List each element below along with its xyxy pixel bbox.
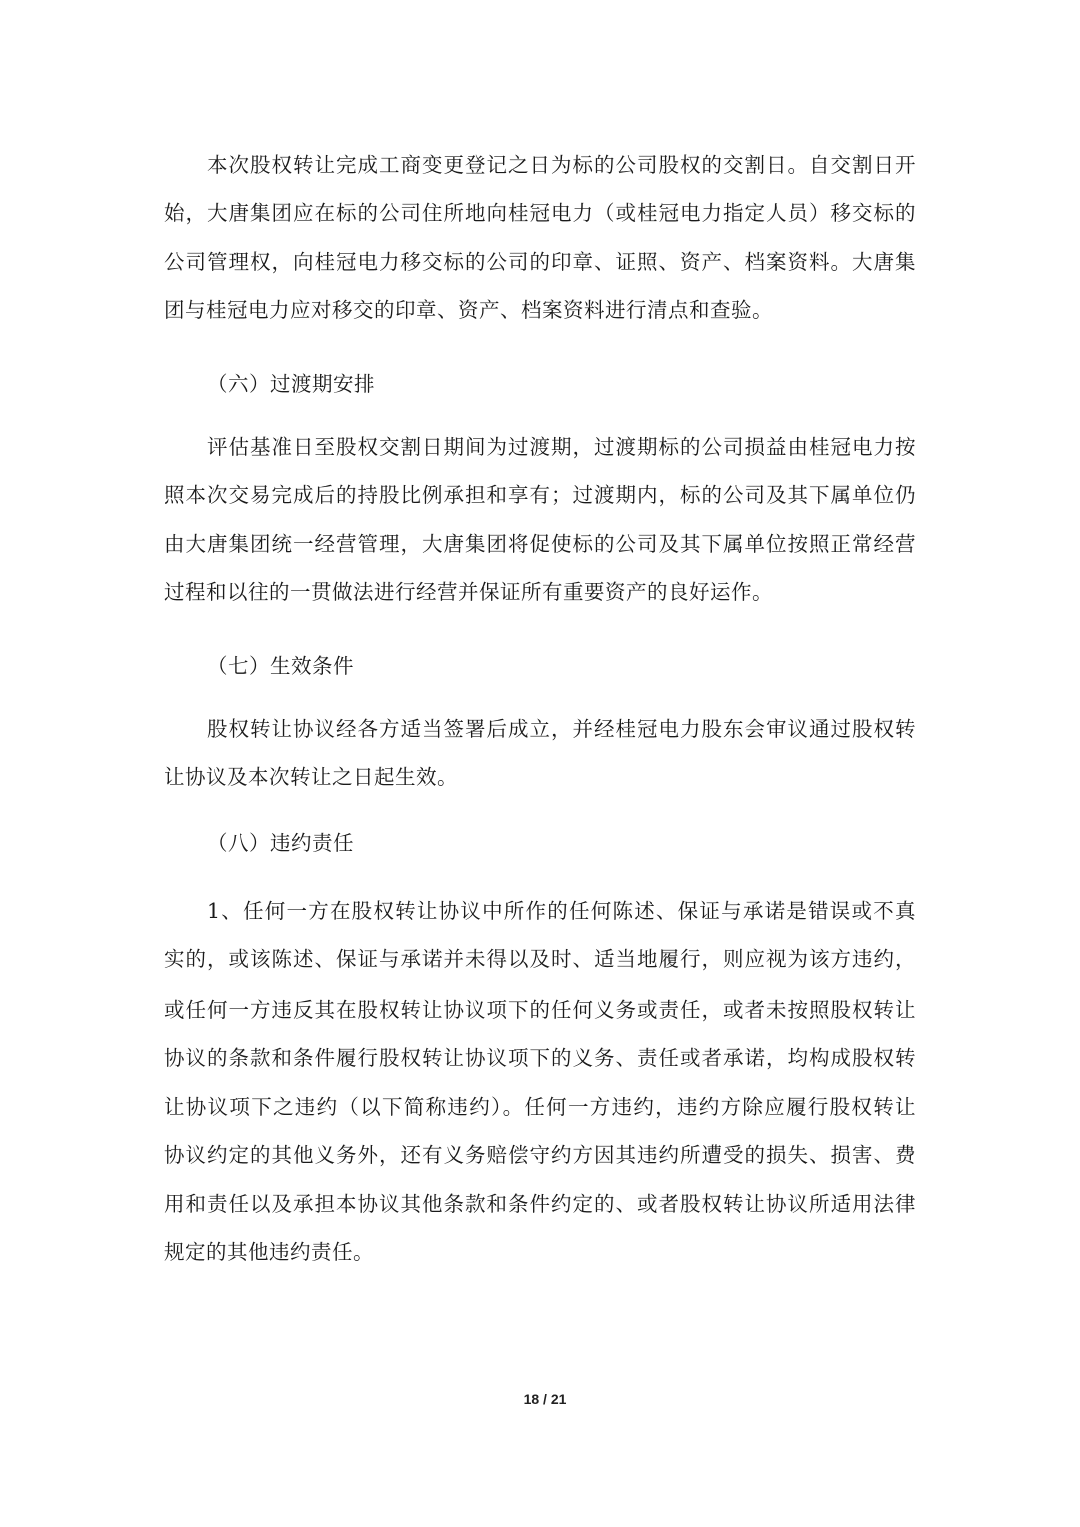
paragraph-line: 让协议项下之违约（以下简称违约）。任何一方违约，违约方除应履行股权转让: [164, 1092, 916, 1122]
paragraph-line: 评估基准日至股权交割日期间为过渡期，过渡期标的公司损益由桂冠电力按: [207, 432, 916, 462]
paragraph-line: 过程和以往的一贯做法进行经营并保证所有重要资产的良好运作。: [164, 577, 916, 607]
paragraph-line: 本次股权转让完成工商变更登记之日为标的公司股权的交割日。自交割日开: [207, 150, 916, 180]
paragraph-line: 公司管理权，向桂冠电力移交标的公司的印章、证照、资产、档案资料。大唐集: [164, 247, 916, 277]
section-heading-effective-conditions: （七）生效条件: [207, 651, 354, 681]
paragraph-line: 或任何一方违反其在股权转让协议项下的任何义务或责任，或者未按照股权转让: [164, 995, 916, 1025]
paragraph-line: 由大唐集团统一经营管理，大唐集团将促使标的公司及其下属单位按照正常经营: [164, 529, 916, 559]
paragraph-line: 用和责任以及承担本协议其他条款和条件约定的、或者股权转让协议所适用法律: [164, 1189, 916, 1219]
paragraph-line: 团与桂冠电力应对移交的印章、资产、档案资料进行清点和查验。: [164, 295, 916, 325]
paragraph-line: 规定的其他违约责任。: [164, 1237, 916, 1267]
paragraph-line: 协议约定的其他义务外，还有义务赔偿守约方因其违约所遭受的损失、损害、费: [164, 1140, 916, 1170]
paragraph-line: 始，大唐集团应在标的公司住所地向桂冠电力（或桂冠电力指定人员）移交标的: [164, 198, 916, 228]
page-number: 18 / 21: [0, 1391, 1080, 1407]
paragraph-line: 照本次交易完成后的持股比例承担和享有；过渡期内，标的公司及其下属单位仍: [164, 480, 916, 510]
section-heading-liability-for-breach: （八）违约责任: [207, 828, 354, 858]
paragraph-line: 实的，或该陈述、保证与承诺并未得以及时、适当地履行，则应视为该方违约，: [164, 944, 916, 974]
paragraph-line: 让协议及本次转让之日起生效。: [164, 762, 916, 792]
paragraph-line: 1、任何一方在股权转让协议中所作的任何陈述、保证与承诺是错误或不真: [207, 896, 916, 926]
paragraph-line: 股权转让协议经各方适当签署后成立，并经桂冠电力股东会审议通过股权转: [207, 714, 916, 744]
section-heading-transition-period: （六）过渡期安排: [207, 369, 375, 399]
paragraph-line: 协议的条款和条件履行股权转让协议项下的义务、责任或者承诺，均构成股权转: [164, 1043, 916, 1073]
document-page: 本次股权转让完成工商变更登记之日为标的公司股权的交割日。自交割日开 始，大唐集团…: [0, 0, 1080, 1527]
